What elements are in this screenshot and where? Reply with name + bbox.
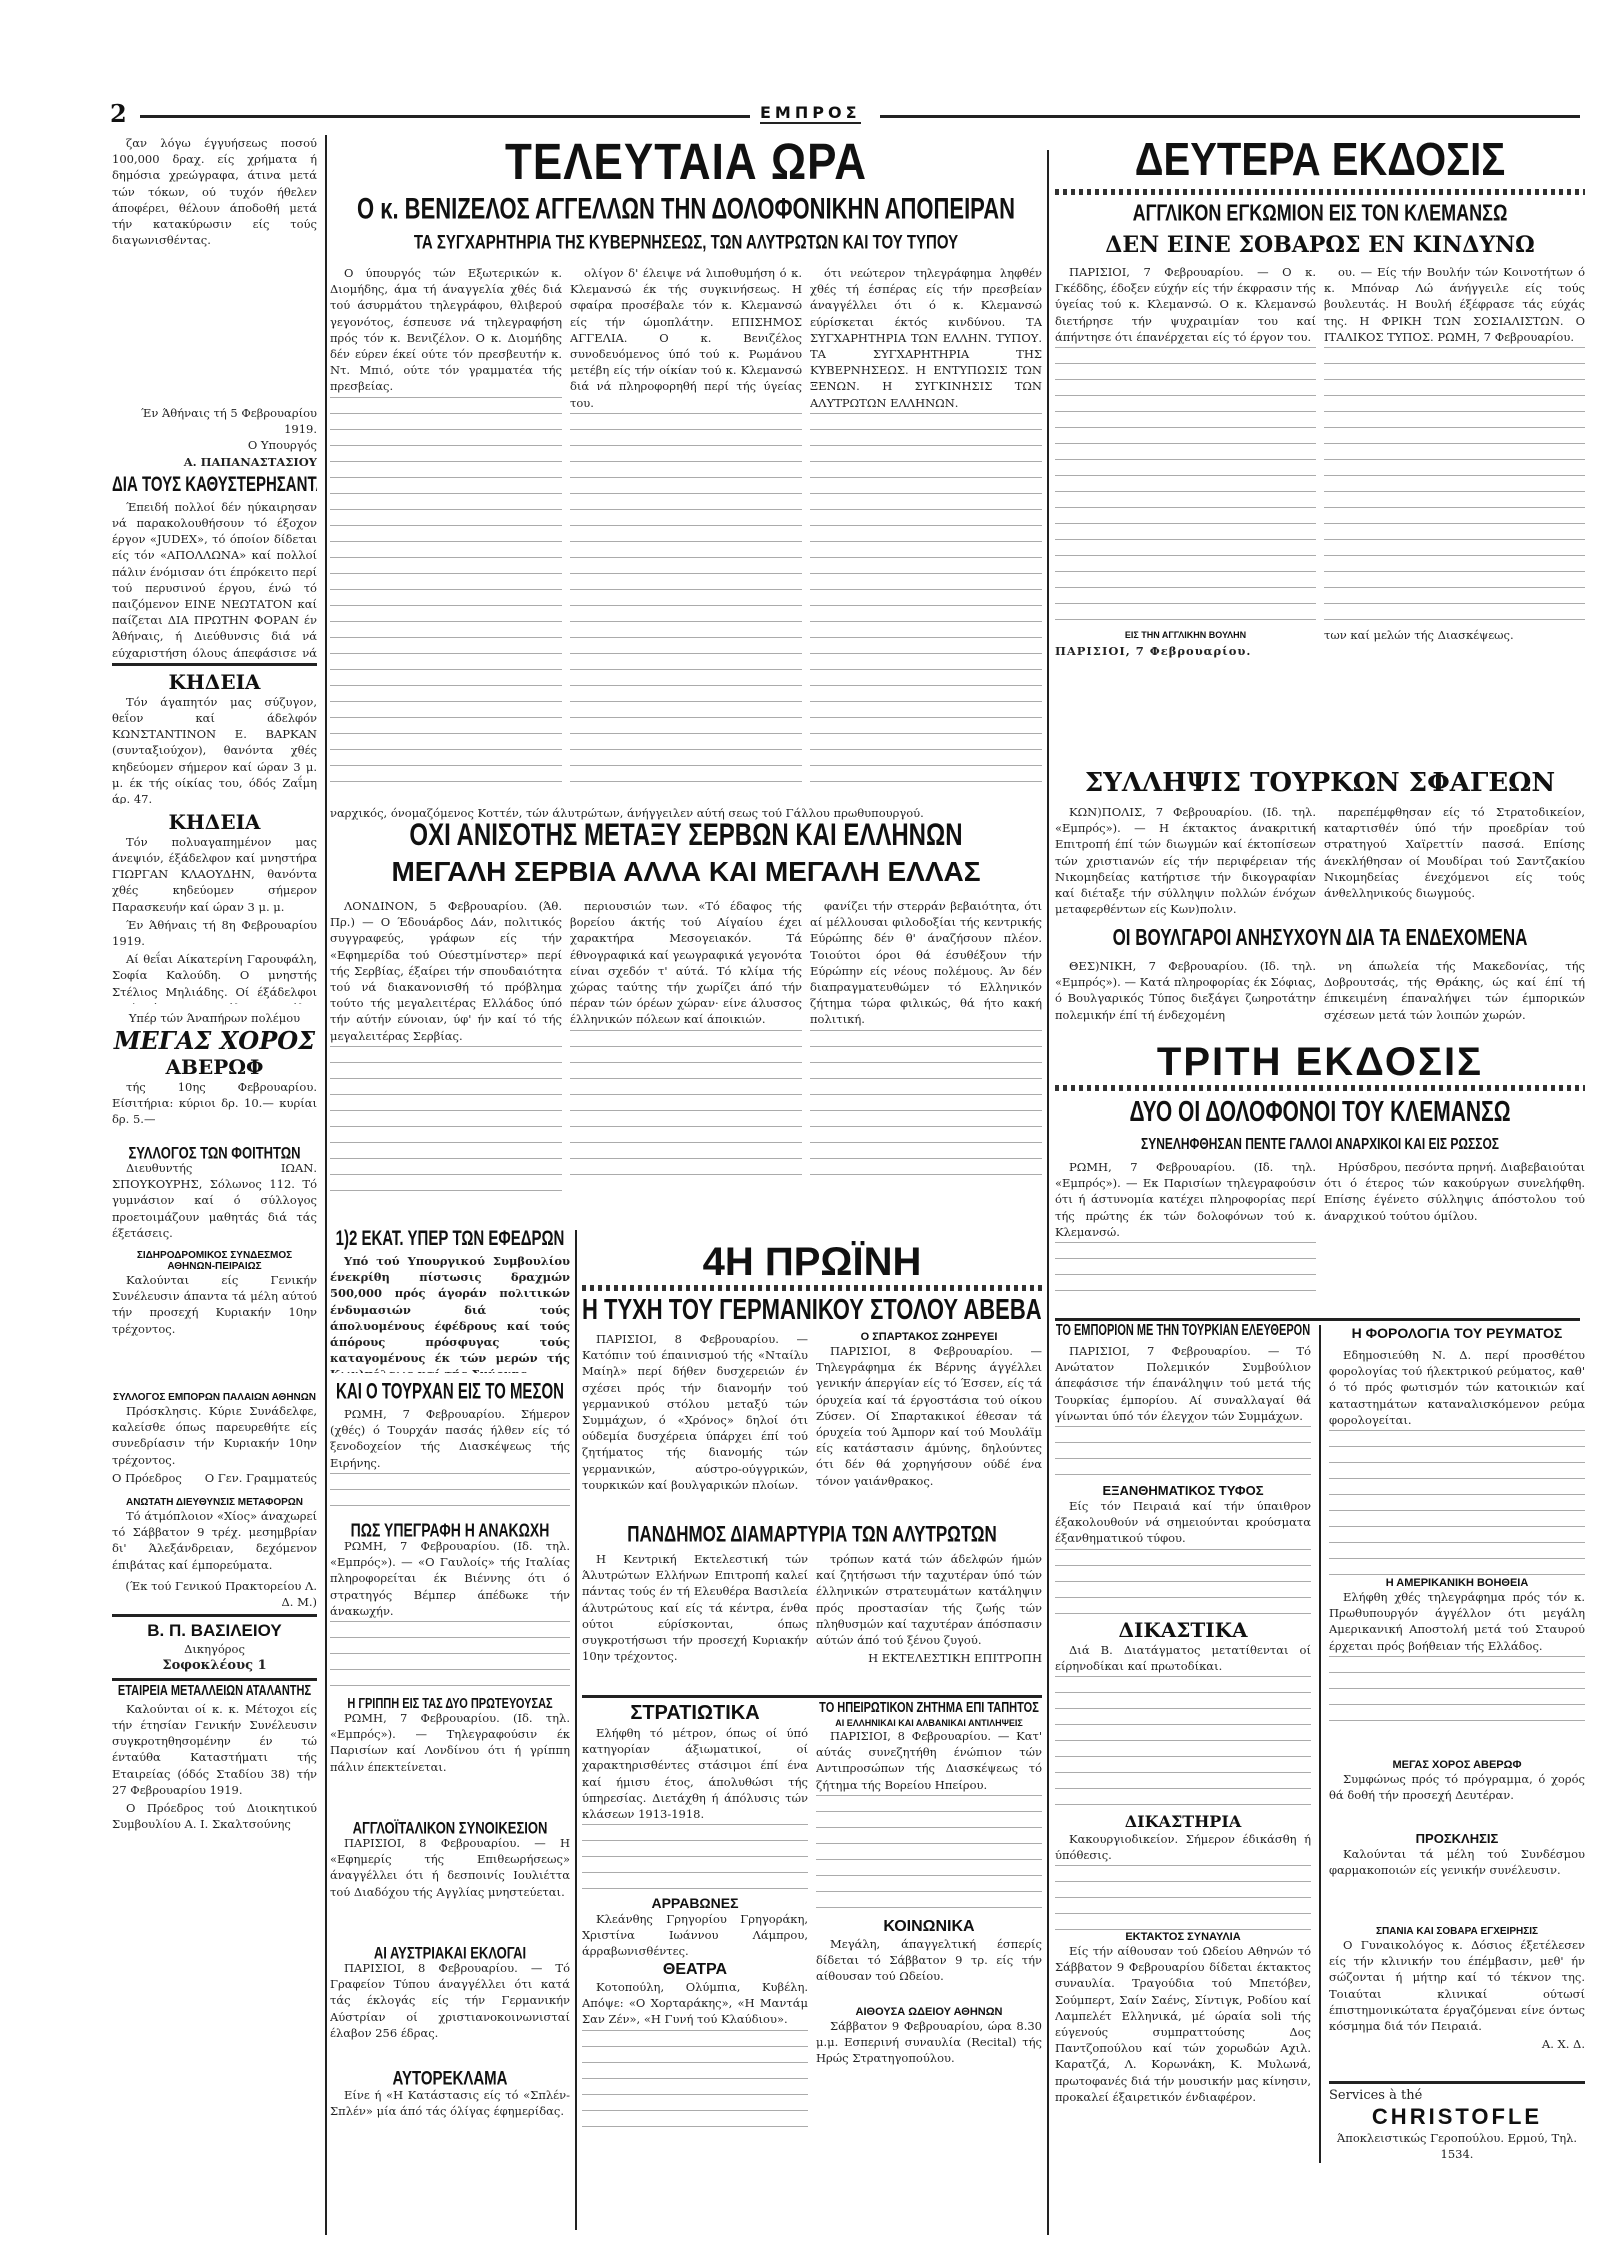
article-body: ΠΑΡΙΣΙΟΙ, 7 Φεβρουαρίου. — Τό Ανώτατον Π… — [1055, 1343, 1311, 1483]
headline: Η ΤΥΧΗ ΤΟΥ ΓΕΡΜΑΝΙΚΟΥ ΣΤΟΛΟΥ ΑΒΕΒΑΙΑ — [582, 1293, 1042, 1327]
subheadline: ΕΙΣ ΤΗΝ ΑΓΓΛΙΚΗΝ ΒΟΥΛΗΝ — [1055, 627, 1316, 643]
venue-name: ΑΒΕΡΩΦ — [112, 1055, 317, 1079]
headline: ΚΑΙ Ο ΤΟΥΡΧΑΝ ΕΙΣ ΤΟ ΜΕΣΟΝ — [330, 1379, 570, 1405]
signoff-date: Έν Άθήναις τή 5 Φεβρουαρίου 1919. — [112, 405, 317, 437]
divider — [1055, 1318, 1580, 1321]
dateline: ΠΑΡΙΣΙΟΙ, 7 Φεβρουαρίου. — [1055, 643, 1316, 659]
masthead-rule-left — [140, 115, 750, 118]
signoff-secretary: Ο Γεν. Γραμματεύς — [205, 1470, 317, 1486]
article-columns: ΚΩΝ)ΠΟΛΙΣ, 7 Φεβρουαρίου. (Ιδ. τηλ. «Εμπ… — [1055, 804, 1585, 934]
article-body: ΡΩΜΗ, 7 Φεβρουαρίου. Σήμερον (χθές) ό Το… — [330, 1406, 570, 1516]
closing-line: των καί μελών τής Διασκέψεως. — [1324, 627, 1585, 643]
article-body: τής 10ης Φεβρουαρίου. Είσιτήρια: κύριοι … — [112, 1079, 317, 1139]
subheadline: ΣΥΝΕΛΗΦΘΗΣΑΝ ΠΕΝΤΕ ΓΑΛΛΟΙ ΑΝΑΡΧΙΚΟΙ ΚΑΙ … — [1055, 1135, 1585, 1153]
article-body: Πρόσκλησις. Κύριε Συνάδελφε, καλείσθε όπ… — [112, 1403, 317, 1493]
wavy-rule — [582, 1285, 1042, 1291]
signoff-role: Ο Υπουργός — [112, 437, 317, 453]
ball-pre: Υπέρ τών Άναπήρων πολέμου — [112, 1010, 317, 1026]
article-body: Ελήφθη χθές τηλεγράφημα πρός τόν κ. Πρωθ… — [1329, 1589, 1585, 1759]
morning-edition-section: 4Η ΠΡΩΪΝΗ Η ΤΥΧΗ ΤΟΥ ΓΕΡΜΑΝΙΚΟΥ ΣΤΟΛΟΥ Α… — [582, 1240, 1042, 2139]
article-column: ΛΟΝΔΙΝΟΝ, 5 Φεβρουαρίου. (Άθ. Πρ.) — Ο Έ… — [330, 898, 562, 1198]
article-body: ΡΩΜΗ, 7 Φεβρουαρίου. (Ιδ. τηλ. «Εμπρός»)… — [330, 1710, 570, 1820]
article-column: ΠΑΡΙΣΙΟΙ, 7 Φεβρουαρίου. — Ο κ. Γκέδδης,… — [1055, 264, 1316, 704]
divider — [112, 1614, 317, 1617]
divider — [112, 1678, 317, 1681]
signoff-name: Α. ΠΑΠΑΝΑΣΤΑΣΙΟΥ — [112, 454, 317, 470]
article-column: περιουσιών των. «Τό έδαφος τής βορείου ά… — [570, 898, 802, 1198]
column-divider — [1047, 150, 1049, 2235]
article-column: ότι νεώτερον τηλεγράφημα ληφθέν χθές τή … — [810, 265, 1042, 805]
article-body: Είνε ή «Η Κατάστασις είς τό «Σπλέν-Σπλέν… — [330, 2087, 570, 2187]
column-divider — [575, 1230, 577, 2230]
article-column: Ο ύπουργός τών Εξωτερικών κ. Διομήδης, ά… — [330, 265, 562, 805]
masthead: 2 ΕΜΠΡΟΣ — [120, 105, 1580, 127]
right-top-section: ΔΕΥΤΕΡΑ ΕΚΔΟΣΙΣ ΑΓΓΛΙΚΟΝ ΕΓΚΩΜΙΟΝ ΕΙΣ ΤΟ… — [1055, 138, 1585, 704]
headline: ΠΡΟΣΚΛΗΣΙΣ — [1329, 1831, 1585, 1846]
article-body: ΡΩΜΗ, 7 Φεβρουαρίου. (Ιδ. τηλ. «Εμπρός»)… — [330, 1538, 570, 1698]
article-body: ΠΑΡΙΣΙΟΙ, 8 Φεβρουαρίου. — Τό Γραφείον Τ… — [330, 1960, 570, 2070]
article-body: Μεγάλη, άπαγγελτική έσπερίς δίδεται τό Σ… — [816, 1936, 1042, 2006]
lawyer-address: Σοφοκλέους 1 — [112, 1658, 317, 1674]
article-column: ΘΕΣ)ΝΙΚΗ, 7 Φεβρουαρίου. (Ιδ. τηλ. «Εμπρ… — [1055, 958, 1316, 1038]
headline: ΑΓΓΛΟΪΤΑΛΙΚΟΝ ΣΥΝΟΙΚΕΣΙΟΝ — [330, 1818, 570, 1838]
article-column: φανίζει τήν στερράν βεβαιότητα, ότι αί μ… — [810, 898, 1042, 1198]
headline: Η ΓΡΙΠΠΗ ΕΙΣ ΤΑΣ ΔΥΟ ΠΡΩΤΕΥΟΥΣΑΣ — [330, 1696, 570, 1712]
subheadline: Ο ΣΠΑΡΤΑΚΟΣ ΖΩΗΡΕΥΕΙ — [816, 1331, 1042, 1343]
column-divider — [1319, 1325, 1321, 2163]
headline: ΜΕΓΑΣ ΧΟΡΟΣ — [112, 1026, 317, 1055]
headline: Η ΑΜΕΡΙΚΑΝΙΚΗ ΒΟΗΘΕΙΑ — [1329, 1577, 1585, 1589]
headline: ΟΙ ΒΟΥΛΓΑΡΟΙ ΑΝΗΣΥΧΟΥΝ ΔΙΑ ΤΑ ΕΝΔΕΧΟΜΕΝΑ — [1055, 925, 1585, 952]
headline: ΑΓΓΛΙΚΟΝ ΕΓΚΩΜΙΟΝ ΕΙΣ ΤΟΝ ΚΛΕΜΑΝΣΩ — [1055, 200, 1585, 227]
signoff: Η ΕΚΤΕΛΕΣΤΙΚΗ ΕΠΙΤΡΟΠΗ — [816, 1650, 1042, 1666]
banner: ΤΕΛΕΥΤΑΙΑ ΩΡΑ — [330, 134, 1042, 192]
headline: ΔΙΑ ΤΟΥΣ ΚΑΘΥΣΤΕΡΗΣΑΝΤΑΣ! — [112, 472, 317, 496]
headline: Η ΦΟΡΟΛΟΓΙΑ ΤΟΥ ΡΕΥΜΑΤΟΣ — [1329, 1325, 1585, 1341]
article-body: Διά Β. Διατάγματος μετατίθενται οί είρην… — [1055, 1642, 1311, 1812]
headline: ΟΧΙ ΑΝΙΣΟΤΗΣ ΜΕΤΑΞΥ ΣΕΡΒΩΝ ΚΑΙ ΕΛΛΗΝΩΝ — [330, 818, 1042, 854]
article-body: ΠΑΡΙΣΙΟΙ, 8 Φεβρουαρίου. — Η «Εφημερίς τ… — [330, 1835, 570, 1945]
signoff-president: Ο Πρόεδρος — [112, 1470, 182, 1486]
headline: ΕΤΑΙΡΕΙΑ ΜΕΤΑΛΛΕΙΩΝ ΑΤΑΛΑΝΤΗΣ — [112, 1683, 317, 1699]
article-body: Κακουργιοδικείον. Σήμερον έδικάσθη ή ύπό… — [1055, 1831, 1311, 1931]
article-columns: ΠΑΡΙΣΙΟΙ, 7 Φεβρουαρίου. — Ο κ. Γκέδδης,… — [1055, 264, 1585, 704]
article-body: Τόν άγαπητόν μας σύζυγον, θεΐον καί άδελ… — [112, 694, 317, 804]
subheadline: ΤΑ ΣΥΓΧΑΡΗΤΗΡΙΑ ΤΗΣ ΚΥΒΕΡΝΗΣΕΩΣ, ΤΩΝ ΑΛΥ… — [330, 231, 1042, 253]
headline: ΔΙΚΑΣΤΙΚΑ — [1055, 1618, 1311, 1642]
wavy-rule — [1055, 189, 1585, 195]
article-body: Διευθυντής ΙΩΑΝ. ΣΠΟΥΚΟΥΡΗΣ, Σόλωνος 112… — [112, 1160, 317, 1250]
headline: Ο κ. ΒΕΝΙΖΕΛΟΣ ΑΓΓΕΛΛΩΝ ΤΗΝ ΔΟΛΟΦΟΝΙΚΗΝ … — [330, 191, 1042, 226]
article-columns: ΠΑΡΙΣΙΟΙ, 8 Φεβρουαρίου. — Κατόπιν τού έ… — [582, 1331, 1042, 1521]
article-column: Ο ΣΠΑΡΤΑΚΟΣ ΖΩΗΡΕΥΕΙ ΠΑΡΙΣΙΟΙ, 8 Φεβρουα… — [816, 1331, 1042, 1521]
headline: ΘΕΑΤΡΑ — [582, 1961, 808, 1979]
headline: ΠΑΝΔΗΜΟΣ ΔΙΑΜΑΡΤΥΡΙΑ ΤΩΝ ΑΛΥΤΡΩΤΩΝ — [582, 1522, 1042, 1548]
headline: ΠΩΣ ΥΠΕΓΡΑΦΗ Η ΑΝΑΚΩΧΗ — [330, 1520, 570, 1541]
headline: ΔΙΚΑΣΤΗΡΙΑ — [1055, 1812, 1311, 1831]
article-column: ολίγον δ' έλειψε νά λιποθυμήση ό κ. Κλεμ… — [570, 265, 802, 805]
headline: ΣΙΔΗΡΟΔΡΟΜΙΚΟΣ ΣΥΝΔΕΣΜΟΣ ΑΘΗΝΩΝ-ΠΕΙΡΑΙΩΣ — [112, 1250, 317, 1272]
paper-name: ΕΜΠΡΟΣ — [760, 103, 861, 124]
article-columns: Ο ύπουργός τών Εξωτερικών κ. Διομήδης, ά… — [330, 265, 1042, 805]
article-column: ΤΟ ΕΜΠΟΡΙΟΝ ΜΕ ΤΗΝ ΤΟΥΡΚΙΑΝ ΕΛΕΥΘΕΡΟΝ ΠΑ… — [1055, 1325, 1311, 2163]
article-column: Η Κεντρική Εκτελεστική τών Άλυτρώτων Ελλ… — [582, 1551, 808, 1691]
headline: ΣΥΛΛΟΓΟΣ ΤΩΝ ΦΟΙΤΗΤΩΝ — [112, 1143, 317, 1163]
headline: ΕΞΑΝΘΗΜΑΤΙΚΟΣ ΤΥΦΟΣ — [1055, 1483, 1311, 1498]
headline: ΣΥΛΛΗΨΙΣ ΤΟΥΡΚΩΝ ΣΦΑΓΕΩΝ — [1055, 768, 1585, 798]
headline: ΤΟ ΕΜΠΟΡΙΟΝ ΜΕ ΤΗΝ ΤΟΥΡΚΙΑΝ ΕΛΕΥΘΕΡΟΝ — [1055, 1323, 1311, 1340]
headline: ΑΥΤΟΡΕΚΛΑΜΑ — [330, 2067, 570, 2089]
left-column: ζαν λόγω έγγυήσεως ποσού 100,000 δραχ. ε… — [112, 135, 317, 1881]
article-column: ΣΤΡΑΤΙΩΤΙΚΑ Ελήφθη τό μέτρον, όπως οί ύπ… — [582, 1702, 808, 2139]
headline: ΜΕΓΑΣ ΧΟΡΟΣ ΑΒΕΡΩΦ — [1329, 1759, 1585, 1771]
article-columns: Η Κεντρική Εκτελεστική τών Άλυτρώτων Ελλ… — [582, 1551, 1042, 1691]
headline: ΚΗΔΕΙΑ — [112, 670, 317, 694]
column-divider — [325, 135, 327, 2235]
article-body: ΠΑΡΙΣΙΟΙ, 8 Φεβρουαρίου. — Κατ' αύτάς συ… — [816, 1728, 1042, 1918]
brand-name: CHRISTOFLE — [1329, 2104, 1585, 2130]
article-body: Καλούνται είς Γενικήν Συνέλευσιν άπαντα … — [112, 1272, 317, 1392]
article-body: Τό άτμόπλοιον «Χίος» άναχωρεί τό Σάββατο… — [112, 1508, 317, 1578]
headline: ΣΥΛΛΟΓΟΣ ΕΜΠΟΡΩΝ ΠΑΛΑΙΩΝ ΑΘΗΝΩΝ — [112, 1392, 317, 1403]
page-number: 2 — [110, 99, 127, 128]
divider — [1329, 2081, 1585, 2084]
ad-text: Άποκλειστικώς Γεροπούλου. Ερμού, Τηλ. 15… — [1329, 2130, 1585, 2162]
lawyer-name: Β. Π. ΒΑΣΙΛΕΙΟΥ — [112, 1621, 317, 1641]
article-body: Είς τήν αίθουσαν τού Ωδείου Αθηνών τό Σά… — [1055, 1943, 1311, 2153]
article-column: Η ΦΟΡΟΛΟΓΙΑ ΤΟΥ ΡΕΥΜΑΤΟΣ Εδημοσιεύθη Ν. … — [1329, 1325, 1585, 2163]
headline: ΜΕΓΑΛΗ ΣΕΡΒΙΑ ΑΛΛΑ ΚΑΙ ΜΕΓΑΛΗ ΕΛΛΑΣ — [330, 856, 1042, 888]
article-column: ΠΑΡΙΣΙΟΙ, 8 Φεβρουαρίου. — Κατόπιν τού έ… — [582, 1331, 808, 1521]
article-column: νη άπωλεία τής Μακεδονίας, τής Δοβρουτσά… — [1324, 958, 1585, 1038]
headline: ΚΗΔΕΙΑ — [112, 810, 317, 834]
article-column: παρεπέμφθησαν είς τό Στρατοδικείον, κατα… — [1324, 804, 1585, 934]
banner: 4Η ΠΡΩΪΝΗ — [582, 1240, 1042, 1285]
article-body: Είς τόν Πειραιά καί τήν ύπαιθρον έξακολο… — [1055, 1498, 1311, 1618]
wavy-rule — [1055, 1085, 1585, 1091]
headline: ΑΝΩΤΑΤΗ ΔΙΕΥΘΥΝΣΙΣ ΜΕΤΑΦΟΡΩΝ — [112, 1497, 317, 1508]
article-columns: ΛΟΝΔΙΝΟΝ, 5 Φεβρουαρίου. (Άθ. Πρ.) — Ο Έ… — [330, 898, 1042, 1198]
ad-pre: Services à thé — [1329, 2088, 1585, 2104]
article-column: ου. — Είς τήν Βουλήν τών Κοινοτήτων ό κ.… — [1324, 264, 1585, 704]
serbs-section: ΟΧΙ ΑΝΙΣΟΤΗΣ ΜΕΤΑΞΥ ΣΕΡΒΩΝ ΚΑΙ ΕΛΛΗΝΩΝ Μ… — [330, 822, 1042, 1198]
signoff: Α. Χ. Δ. — [1329, 2036, 1585, 2052]
article-column: τρόπων κατά τών άδελφών ήμών καί ζητήσωσ… — [816, 1551, 1042, 1691]
subheadline: ΔΕΝ ΕΙΝΕ ΣΟΒΑΡΩΣ ΕΝ ΚΙΝΔΥΝΩ — [1055, 232, 1585, 258]
article-body: ΠΑΡΙΣΙΟΙ, 8 Φεβρουαρίου. — Τηλεγράφημα έ… — [816, 1343, 1042, 1491]
headline: ΑΡΡΑΒΩΝΕΣ — [582, 1895, 808, 1911]
article-body: Εδημοσιεύθη Ν. Δ. περί προσθέτου φορολογ… — [1329, 1347, 1585, 1577]
masthead-rule-right — [880, 115, 1580, 118]
headline: 1)2 ΕΚΑΤ. ΥΠΕΡ ΤΩΝ ΕΦΕΔΡΩΝ — [330, 1227, 570, 1251]
headline: ΤΟ ΗΠΕΙΡΩΤΙΚΟΝ ΖΗΤΗΜΑ ΕΠΙ ΤΑΠΗΤΟΣ — [816, 1700, 1042, 1716]
headline: ΣΠΑΝΙΑ ΚΑΙ ΣΟΒΑΡΑ ΕΓΧΕΙΡΗΣΙΣ — [1329, 1926, 1585, 1937]
subheadline: ΑΙ ΕΛΛΗΝΙΚΑΙ ΚΑΙ ΑΛΒΑΝΙΚΑΙ ΑΝΤΙΛΗΨΕΙΣ — [816, 1718, 1042, 1728]
headline: ΕΚΤΑΚΤΟΣ ΣΥΝΑΥΛΙΑ — [1055, 1931, 1311, 1943]
article-body: Τόν πολυαγαπημένον μας άνεψιόν, έξάδελφο… — [112, 834, 317, 1004]
article-body: Ελήφθη τό μέτρον, όπως οί ύπό κατηγορίαν… — [582, 1725, 808, 1895]
article-body: Υπό τού Υπουργικού Συμβουλίου ένεκρίθη π… — [330, 1253, 570, 1373]
lawyer-title: Δικηγόρος — [112, 1641, 317, 1657]
third-edition-section: ΤΡΙΤΗ ΕΚΔΟΣΙΣ ΔΥΟ ΟΙ ΔΟΛΟΦΟΝΟΙ ΤΟΥ ΚΛΕΜΑ… — [1055, 1040, 1585, 1309]
headline: ΣΤΡΑΤΙΩΤΙΚΑ — [582, 1702, 808, 1725]
lower-columns: ΣΤΡΑΤΙΩΤΙΚΑ Ελήφθη τό μέτρον, όπως οί ύπ… — [582, 1702, 1042, 2139]
article-columns: ΘΕΣ)ΝΙΚΗ, 7 Φεβρουαρίου. (Ιδ. τηλ. «Εμπρ… — [1055, 958, 1585, 1038]
article-body: Έπειδή πολλοί δέν ηύκαιρησαν νά παρακολο… — [112, 499, 317, 659]
article-body: Συμφώνως πρός τό πρόγραμμα, ό χορός θά δ… — [1329, 1771, 1585, 1831]
article-body: Καλούνται οί κ. κ. Μέτοχοι είς τήν έτησί… — [112, 1701, 317, 1881]
headline: ΑΙΘΟΥΣΑ ΩΔΕΙΟΥ ΑΘΗΝΩΝ — [816, 2006, 1042, 2018]
article-body: Κλεάνθης Γρηγορίου Γρηγοράκη, Χριστίνα Ι… — [582, 1911, 808, 1961]
article-body: Σάββατον 9 Φεβρουαρίου, ώρα 8.30 μ.μ. Εσ… — [816, 2018, 1042, 2108]
divider — [112, 663, 317, 666]
article-body: Καλούνται τά μέλη τού Συνδέσμου φαρμακοπ… — [1329, 1846, 1585, 1926]
right-lower-section: ΤΟ ΕΜΠΟΡΙΟΝ ΜΕ ΤΗΝ ΤΟΥΡΚΙΑΝ ΕΛΕΥΘΕΡΟΝ ΠΑ… — [1055, 1325, 1585, 2163]
center-lower-left: 1)2 ΕΚΑΤ. ΥΠΕΡ ΤΩΝ ΕΦΕΔΡΩΝ Υπό τού Υπουρ… — [330, 1230, 570, 2187]
headline: ΔΥΟ ΟΙ ΔΟΛΟΦΟΝΟΙ ΤΟΥ ΚΛΕΜΑΝΣΩ — [1055, 1097, 1585, 1129]
center-top-section: ΤΕΛΕΥΤΑΙΑ ΩΡΑ Ο κ. ΒΕΝΙΖΕΛΟΣ ΑΓΓΕΛΛΩΝ ΤΗ… — [330, 138, 1042, 821]
article-column: ΚΩΝ)ΠΟΛΙΣ, 7 Φεβρουαρίου. (Ιδ. τηλ. «Εμπ… — [1055, 804, 1316, 934]
source-note: (Έκ τού Γενικού Πρακτορείου Λ. Δ. Μ.) — [112, 1578, 317, 1610]
article-column: ΤΟ ΗΠΕΙΡΩΤΙΚΟΝ ΖΗΤΗΜΑ ΕΠΙ ΤΑΠΗΤΟΣ ΑΙ ΕΛΛ… — [816, 1702, 1042, 2139]
headline: ΚΟΙΝΩΝΙΚΑ — [816, 1918, 1042, 1936]
turks-section: ΣΥΛΛΗΨΙΣ ΤΟΥΡΚΩΝ ΣΦΑΓΕΩΝ ΚΩΝ)ΠΟΛΙΣ, 7 Φε… — [1055, 768, 1585, 934]
article-column: ΡΩΜΗ, 7 Φεβρουαρίου. (Ιδ. τηλ. «Εμπρός»)… — [1055, 1159, 1316, 1309]
article-body: ζαν λόγω έγγυήσεως ποσού 100,000 δραχ. ε… — [112, 135, 317, 405]
article-body: Κοτοπούλη, Ολύμπια, Κυβέλη. Απόψε: «Ο Χο… — [582, 1979, 808, 2139]
article-body: Ο Γυναικολόγος κ. Δόσιος έξετέλεσεν είς … — [1329, 1937, 1585, 2077]
banner: ΤΡΙΤΗ ΕΚΔΟΣΙΣ — [1055, 1040, 1585, 1085]
article-columns: ΡΩΜΗ, 7 Φεβρουαρίου. (Ιδ. τηλ. «Εμπρός»)… — [1055, 1159, 1585, 1309]
banner: ΔΕΥΤΕΡΑ ΕΚΔΟΣΙΣ — [1055, 135, 1585, 187]
bulgars-section: ΟΙ ΒΟΥΛΓΑΡΟΙ ΑΝΗΣΥΧΟΥΝ ΔΙΑ ΤΑ ΕΝΔΕΧΟΜΕΝΑ… — [1055, 928, 1585, 1038]
divider — [582, 1695, 1042, 1698]
article-column: Ηρύσδρου, πεσόντα πρηνή. Διαβεβαιούται ό… — [1324, 1159, 1585, 1309]
headline: ΑΙ ΑΥΣΤΡΙΑΚΑΙ ΕΚΛΟΓΑΙ — [330, 1943, 570, 1963]
